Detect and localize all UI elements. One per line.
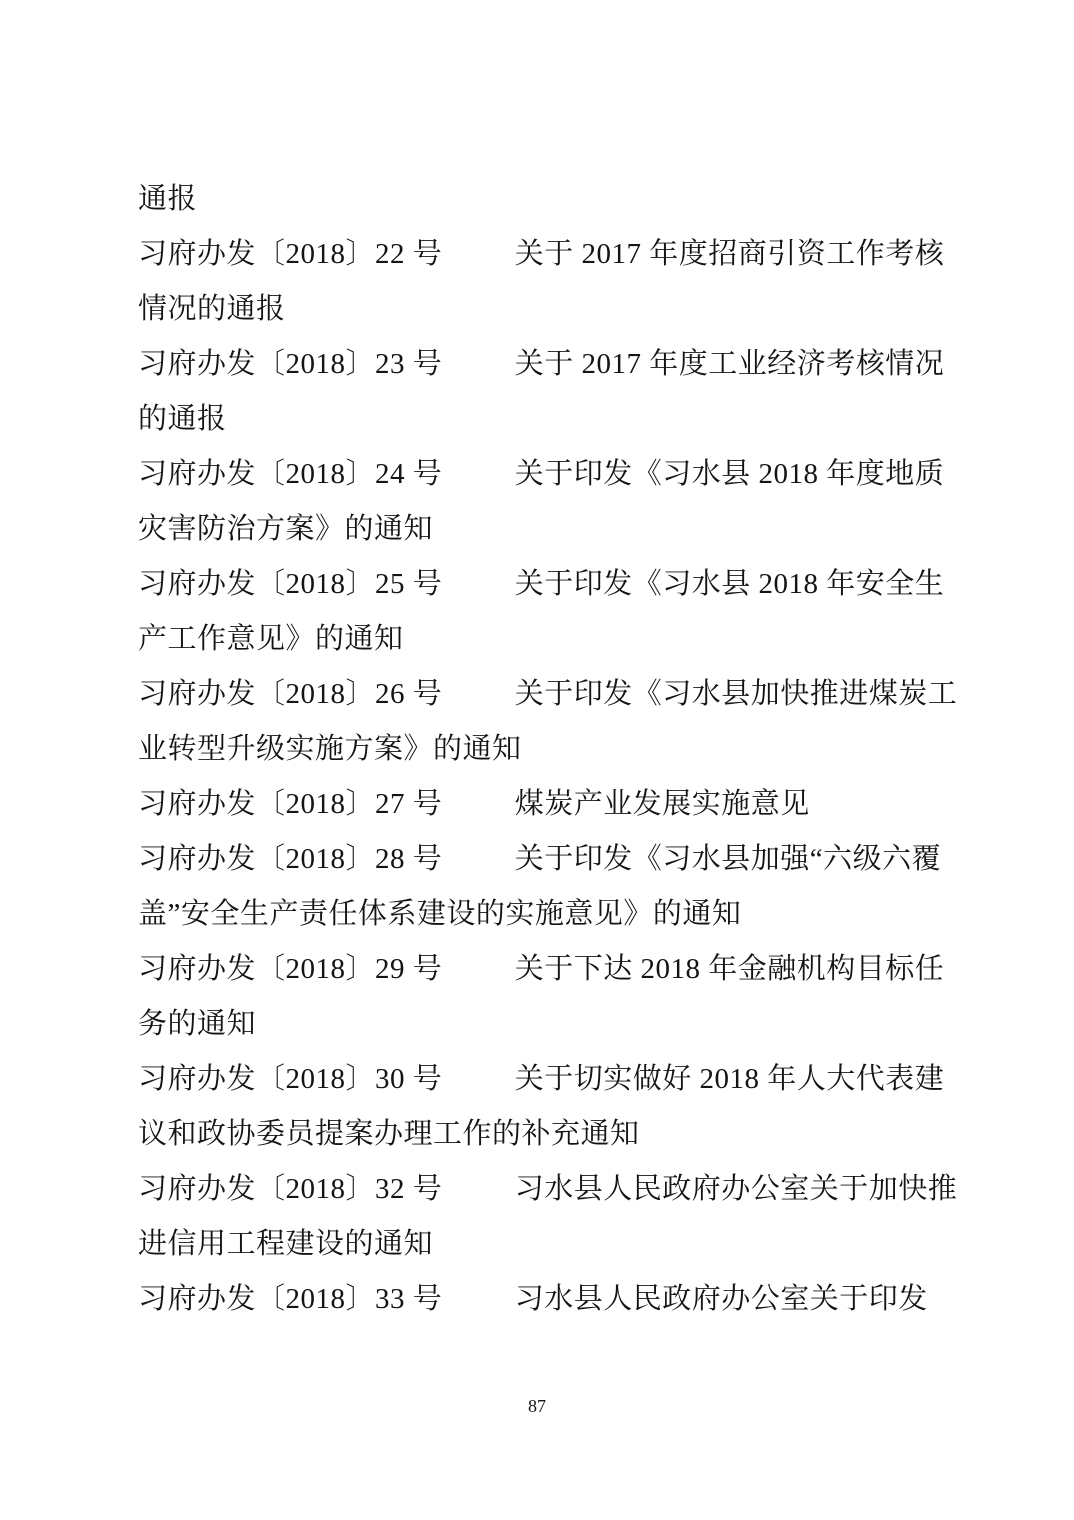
notice-line-continuation: 产工作意见》的通知 (138, 612, 938, 667)
doc-title: 关于印发《习水县 2018 年度地质 (515, 447, 945, 502)
doc-title: 关于下达 2018 年金融机构目标任 (515, 942, 945, 997)
num-title-gap (450, 262, 507, 263)
doc-title: 关于 2017 年度招商引资工作考核 (515, 227, 945, 282)
doc-title-continuation: 议和政协委员提案办理工作的补充通知 (138, 1107, 640, 1162)
num-title-gap (450, 482, 507, 483)
doc-title-continuation: 盖”安全生产责任体系建设的实施意见》的通知 (138, 887, 741, 942)
num-title-gap (450, 1087, 507, 1088)
doc-title-continuation: 进信用工程建设的通知 (138, 1217, 433, 1272)
doc-title-continuation: 通报 (138, 172, 197, 227)
notice-line: 习府办发〔2018〕22 号 关于 2017 年度招商引资工作考核 (138, 227, 938, 282)
doc-title-continuation: 情况的通报 (138, 282, 286, 337)
num-title-gap (450, 592, 507, 593)
num-title-gap (450, 867, 507, 868)
notice-line: 习府办发〔2018〕25 号 关于印发《习水县 2018 年安全生 (138, 557, 938, 612)
notice-line-continuation: 情况的通报 (138, 282, 938, 337)
notice-line: 习府办发〔2018〕32 号 习水县人民政府办公室关于加快推 (138, 1162, 938, 1217)
notice-line-continuation: 务的通知 (138, 997, 938, 1052)
doc-title: 习水县人民政府办公室关于印发 (515, 1272, 928, 1327)
notice-line-continuation: 的通报 (138, 392, 938, 447)
doc-number: 习府办发〔2018〕22 号 (138, 227, 442, 282)
notice-list: 通报 习府办发〔2018〕22 号 关于 2017 年度招商引资工作考核 情况的… (138, 172, 938, 1327)
doc-title-continuation: 的通报 (138, 392, 227, 447)
doc-number: 习府办发〔2018〕24 号 (138, 447, 442, 502)
num-title-gap (450, 977, 507, 978)
doc-number: 习府办发〔2018〕29 号 (138, 942, 442, 997)
doc-number: 习府办发〔2018〕26 号 (138, 667, 442, 722)
num-title-gap (450, 702, 507, 703)
doc-title: 习水县人民政府办公室关于加快推 (515, 1162, 958, 1217)
doc-title-continuation: 产工作意见》的通知 (138, 612, 404, 667)
notice-line: 习府办发〔2018〕30 号 关于切实做好 2018 年人大代表建 (138, 1052, 938, 1107)
doc-number: 习府办发〔2018〕27 号 (138, 777, 442, 832)
notice-line-continuation: 业转型升级实施方案》的通知 (138, 722, 938, 777)
notice-line: 习府办发〔2018〕29 号 关于下达 2018 年金融机构目标任 (138, 942, 938, 997)
notice-line-continuation: 盖”安全生产责任体系建设的实施意见》的通知 (138, 887, 938, 942)
notice-line-continuation: 通报 (138, 172, 938, 227)
doc-title: 关于印发《习水县加强“六级六覆 (515, 832, 941, 887)
notice-line: 习府办发〔2018〕23 号 关于 2017 年度工业经济考核情况 (138, 337, 938, 392)
notice-line-continuation: 议和政协委员提案办理工作的补充通知 (138, 1107, 938, 1162)
doc-number: 习府办发〔2018〕33 号 (138, 1272, 442, 1327)
doc-number: 习府办发〔2018〕28 号 (138, 832, 442, 887)
notice-line: 习府办发〔2018〕26 号 关于印发《习水县加快推进煤炭工 (138, 667, 938, 722)
num-title-gap (450, 1197, 507, 1198)
doc-number: 习府办发〔2018〕25 号 (138, 557, 442, 612)
num-title-gap (450, 812, 507, 813)
doc-title: 关于印发《习水县加快推进煤炭工 (515, 667, 958, 722)
num-title-gap (450, 372, 507, 373)
doc-number: 习府办发〔2018〕32 号 (138, 1162, 442, 1217)
page-number: 87 (0, 1396, 1074, 1417)
doc-number: 习府办发〔2018〕23 号 (138, 337, 442, 392)
notice-line-continuation: 进信用工程建设的通知 (138, 1217, 938, 1272)
num-title-gap (450, 1307, 507, 1308)
doc-title: 关于印发《习水县 2018 年安全生 (515, 557, 945, 612)
doc-title: 煤炭产业发展实施意见 (515, 777, 810, 832)
notice-line: 习府办发〔2018〕33 号 习水县人民政府办公室关于印发 (138, 1272, 938, 1327)
document-page: 通报 习府办发〔2018〕22 号 关于 2017 年度招商引资工作考核 情况的… (0, 0, 1074, 1520)
doc-title: 关于 2017 年度工业经济考核情况 (515, 337, 945, 392)
notice-line: 习府办发〔2018〕24 号 关于印发《习水县 2018 年度地质 (138, 447, 938, 502)
doc-title-continuation: 业转型升级实施方案》的通知 (138, 722, 522, 777)
doc-title: 关于切实做好 2018 年人大代表建 (515, 1052, 945, 1107)
doc-number: 习府办发〔2018〕30 号 (138, 1052, 442, 1107)
notice-line-continuation: 灾害防治方案》的通知 (138, 502, 938, 557)
notice-line: 习府办发〔2018〕28 号 关于印发《习水县加强“六级六覆 (138, 832, 938, 887)
notice-line: 习府办发〔2018〕27 号 煤炭产业发展实施意见 (138, 777, 938, 832)
doc-title-continuation: 务的通知 (138, 997, 256, 1052)
doc-title-continuation: 灾害防治方案》的通知 (138, 502, 433, 557)
